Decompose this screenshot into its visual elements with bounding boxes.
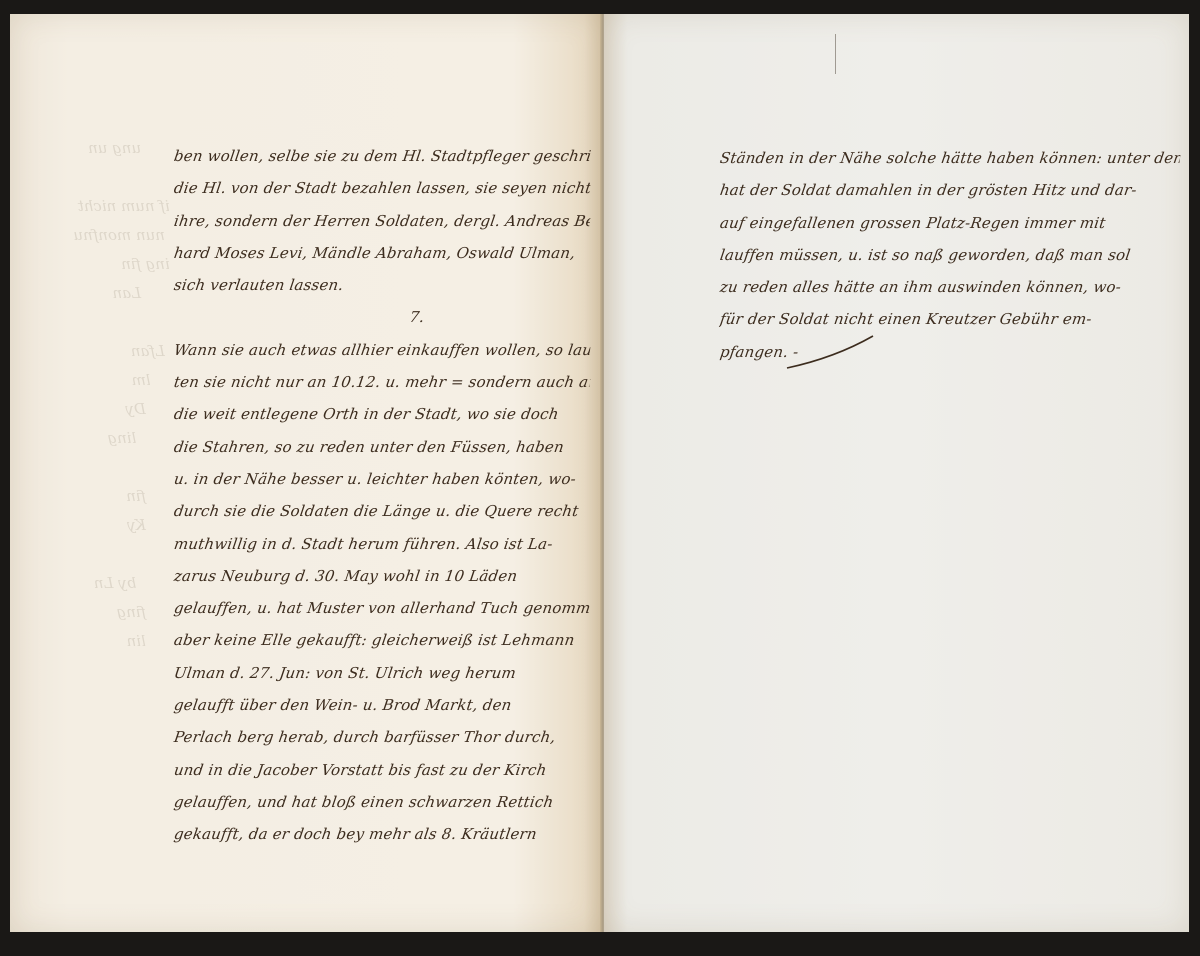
text-line: aber keine Elle gekaufft: gleicherweiß i…: [172, 624, 593, 656]
left-page: . ung un if num nicht nun monfnu ing fin…: [10, 14, 602, 932]
text-line: Wann sie auch etwas allhier einkauffen w…: [172, 334, 593, 366]
text-line: lauffen müssen, u. ist so naß geworden, …: [718, 239, 1183, 271]
text-line: die Stahren, so zu reden unter den Füsse…: [172, 431, 593, 463]
text-line: die Hl. von der Stadt bezahlen lassen, s…: [172, 172, 593, 204]
text-line: und in die Jacober Vorstatt bis fast zu …: [172, 754, 593, 786]
section-number: 7.: [172, 301, 593, 333]
text-line: gelauffen, und hat bloß einen schwarzen …: [172, 786, 593, 818]
end-flourish-icon: [785, 332, 875, 372]
left-page-text: ben wollen, selbe sie zu dem Hl. Stadtpf…: [174, 140, 590, 851]
text-line: ben wollen, selbe sie zu dem Hl. Stadtpf…: [172, 140, 593, 172]
text-line: die weit entlegene Orth in der Stadt, wo…: [172, 398, 593, 430]
text-line: für der Soldat nicht einen Kreutzer Gebü…: [718, 303, 1183, 335]
text-line: gelauffen, u. hat Muster von allerhand T…: [172, 592, 593, 624]
fold-crease: [835, 34, 836, 74]
text-line: zarus Neuburg d. 30. May wohl in 10 Läde…: [172, 560, 593, 592]
text-line: durch sie die Soldaten die Länge u. die …: [172, 495, 593, 527]
text-line: Ulman d. 27. Jun: von St. Ulrich weg her…: [172, 657, 593, 689]
text-line: ihre, sondern der Herren Soldaten, dergl…: [172, 205, 593, 237]
text-line: Ständen in der Nähe solche hätte haben k…: [718, 142, 1183, 174]
text-line: u. in der Nähe besser u. leichter haben …: [172, 463, 593, 495]
bleed-through-text: . ung un if num nicht nun monfnu ing fin…: [34, 134, 184, 854]
text-line: sich verlauten lassen.: [172, 269, 593, 301]
text-line: zu reden alles hätte an ihm auswinden kö…: [718, 271, 1183, 303]
text-line: Perlach berg herab, durch barfüsser Thor…: [172, 721, 593, 753]
text-line: gelaufft über den Wein- u. Brod Markt, d…: [172, 689, 593, 721]
text-line: hat der Soldat damahlen in der grösten H…: [718, 174, 1183, 206]
text-line: hard Moses Levi, Mändle Abraham, Oswald …: [172, 237, 593, 269]
text-line: ten sie nicht nur an 10.12. u. mehr = so…: [172, 366, 593, 398]
manuscript-spread: . ung un if num nicht nun monfnu ing fin…: [10, 14, 1190, 934]
text-line: muthwillig in d. Stadt herum führen. Als…: [172, 528, 593, 560]
text-line: auf eingefallenen grossen Platz-Regen im…: [718, 207, 1183, 239]
text-line: gekaufft, da er doch bey mehr als 8. Krä…: [172, 818, 593, 850]
